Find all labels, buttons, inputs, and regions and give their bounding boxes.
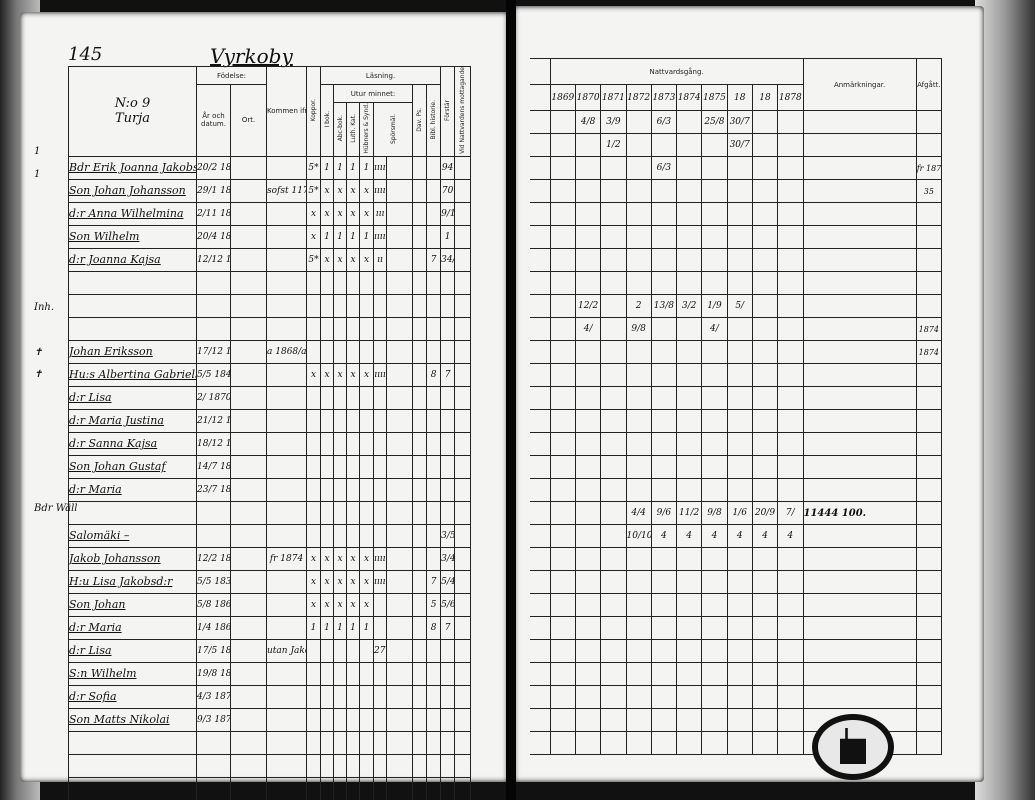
reading-mark	[471, 225, 505, 248]
reading-mark	[455, 271, 471, 294]
remarks-cell	[803, 364, 916, 387]
departure-cell	[916, 594, 941, 617]
birth-date: 5/5 1839	[197, 570, 231, 593]
communion-date	[677, 364, 702, 387]
reading-mark	[413, 455, 427, 478]
birth-date: 20/4 1861	[197, 225, 231, 248]
reading-mark	[321, 386, 334, 409]
reading-mark	[427, 202, 441, 225]
reading-mark	[334, 340, 347, 363]
communion-date	[626, 686, 651, 709]
parish-heading: Vyrkoby	[210, 44, 293, 68]
remarks-cell	[803, 663, 916, 686]
reading-mark	[347, 386, 360, 409]
communion-date	[677, 617, 702, 640]
communion-date	[677, 341, 702, 364]
margin-note: Bdr Wäll	[34, 503, 77, 514]
arrived-from-header: Kommen ifrån	[267, 67, 307, 157]
communion-row	[530, 226, 942, 249]
reading-mark	[387, 570, 413, 593]
reading-mark	[455, 777, 471, 800]
reading-mark	[441, 685, 455, 708]
communion-date	[778, 157, 803, 180]
communion-date	[702, 479, 727, 502]
communion-header: Nattvardsgång.	[550, 59, 803, 85]
communion-date	[677, 410, 702, 433]
reading-mark	[360, 685, 374, 708]
understanding-header: Förstår	[441, 67, 455, 157]
reading-mark	[387, 179, 413, 202]
communion-date	[651, 410, 676, 433]
reading-mark: 1	[334, 156, 347, 179]
communion-date	[778, 295, 803, 318]
spacer-cell	[530, 249, 550, 272]
communion-date	[550, 640, 575, 663]
communion-date	[752, 663, 777, 686]
reading-mark	[374, 662, 387, 685]
communion-date	[651, 617, 676, 640]
reading-mark	[334, 662, 347, 685]
reading-mark	[321, 432, 334, 455]
communion-date	[575, 640, 600, 663]
reading-mark	[334, 685, 347, 708]
communion-date	[702, 594, 727, 617]
spacer-cell	[530, 180, 550, 203]
communion-date	[626, 180, 651, 203]
communion-date	[651, 732, 676, 755]
remarks-cell	[803, 111, 916, 134]
communion-date: 4	[778, 525, 803, 548]
reading-mark	[387, 409, 413, 432]
communion-date	[575, 594, 600, 617]
reading-mark: 1	[334, 616, 347, 639]
reading-mark: x	[347, 593, 360, 616]
communion-date	[550, 732, 575, 755]
reading-mark	[413, 156, 427, 179]
arrived-from	[267, 478, 307, 501]
communion-row: 12/2213/83/21/95/	[530, 295, 942, 318]
remarks-cell	[803, 226, 916, 249]
reading-mark	[441, 708, 455, 731]
reading-mark	[413, 593, 427, 616]
communion-date	[752, 732, 777, 755]
reading-mark	[307, 685, 321, 708]
reading-mark	[413, 317, 427, 340]
communion-date	[778, 226, 803, 249]
remarks-cell	[803, 295, 916, 318]
reading-mark	[413, 708, 427, 731]
communion-date: 6/3	[651, 157, 676, 180]
year-header: 1878	[778, 85, 803, 111]
communion-date	[601, 341, 626, 364]
communion-date	[626, 548, 651, 571]
remarks-cell	[803, 134, 916, 157]
remarks-cell	[803, 410, 916, 433]
departure-cell	[916, 663, 941, 686]
reading-mark	[387, 386, 413, 409]
reading-mark	[413, 547, 427, 570]
register-row: Son Matts Nikolai9/3 1878	[69, 708, 505, 731]
communion-date	[550, 180, 575, 203]
reading-mark	[441, 777, 455, 800]
reading-mark: 5*	[307, 156, 321, 179]
spacer-cell	[530, 594, 550, 617]
reading-mark	[441, 478, 455, 501]
birth-date	[197, 524, 231, 547]
reading-mark: x	[347, 248, 360, 271]
reading-mark	[387, 294, 413, 317]
communion-date	[752, 410, 777, 433]
person-name: d:r Joanna Kajsa	[69, 248, 197, 271]
reading-mark	[374, 294, 387, 317]
departure-header: Afgått.	[916, 59, 941, 111]
communion-date	[702, 341, 727, 364]
remarks-cell	[803, 525, 916, 548]
departure-cell	[916, 226, 941, 249]
communion-date	[550, 387, 575, 410]
reading-mark	[455, 754, 471, 777]
page-number: 145	[68, 44, 102, 65]
reading-mark	[427, 478, 441, 501]
reading-mark	[360, 432, 374, 455]
communion-date	[575, 479, 600, 502]
birth-place	[231, 156, 267, 179]
communion-date	[727, 364, 752, 387]
birth-date	[197, 317, 231, 340]
reading-mark	[374, 777, 387, 800]
communion-date	[752, 249, 777, 272]
communion-date	[601, 479, 626, 502]
reading-mark	[413, 478, 427, 501]
arrived-from	[267, 317, 307, 340]
communion-date	[550, 111, 575, 134]
communion-date	[626, 226, 651, 249]
communion-date	[626, 157, 651, 180]
communion-date	[752, 111, 777, 134]
communion-date	[727, 180, 752, 203]
reading-mark	[387, 432, 413, 455]
reading-mark	[471, 156, 505, 179]
reading-mark	[360, 294, 374, 317]
communion-date: 9/6	[651, 502, 676, 525]
communion-date: 6/3	[651, 111, 676, 134]
reading-mark	[307, 432, 321, 455]
communion-date	[601, 157, 626, 180]
remarks-cell	[803, 180, 916, 203]
remarks-cell	[803, 479, 916, 502]
communion-date	[550, 479, 575, 502]
reading-mark	[471, 340, 505, 363]
communion-date	[778, 249, 803, 272]
reading-mark	[360, 501, 374, 524]
arrived-from	[267, 432, 307, 455]
reading-mark: x	[347, 363, 360, 386]
birth-place	[231, 547, 267, 570]
other-header: Dav. Ps.	[413, 85, 427, 157]
margin-note: 1	[34, 169, 40, 180]
departure-cell	[916, 709, 941, 732]
communion-date	[702, 709, 727, 732]
communion-date	[677, 318, 702, 341]
reading-mark	[374, 593, 387, 616]
communion-date	[677, 134, 702, 157]
communion-date	[778, 640, 803, 663]
reading-mark: x	[347, 547, 360, 570]
communion-date: 11/2	[677, 502, 702, 525]
birth-date	[197, 501, 231, 524]
communion-date: 13/8	[651, 295, 676, 318]
departure-cell: 1874	[916, 318, 941, 341]
reading-mark	[374, 478, 387, 501]
person-name: d:r Maria	[69, 616, 197, 639]
communion-date	[601, 548, 626, 571]
reading-mark	[471, 363, 505, 386]
reading-mark	[334, 294, 347, 317]
communion-date	[702, 203, 727, 226]
communion-date	[626, 203, 651, 226]
reading-mark: x	[307, 570, 321, 593]
communion-row	[530, 548, 942, 571]
communion-date	[778, 433, 803, 456]
register-row: Son Johan Gustaf14/7 1875	[69, 455, 505, 478]
register-table-right: Nattvardsgång. Anmärkningar. Afgått. 186…	[530, 58, 942, 755]
reading-mark: 70	[441, 179, 455, 202]
reading-mark	[374, 754, 387, 777]
reading-mark: ııııı	[374, 547, 387, 570]
reading-mark	[360, 639, 374, 662]
reading-mark	[347, 708, 360, 731]
reading-mark	[321, 685, 334, 708]
departure-cell	[916, 732, 941, 755]
birth-place	[231, 409, 267, 432]
person-name: Son Wilhelm	[69, 225, 197, 248]
arrived-from	[267, 386, 307, 409]
reading-mark: x	[321, 593, 334, 616]
reading-mark	[360, 754, 374, 777]
communion-date: 10/10	[626, 525, 651, 548]
reading-mark	[387, 478, 413, 501]
person-name	[69, 501, 197, 524]
year-header: 1870	[575, 85, 600, 111]
year-header: 18	[727, 85, 752, 111]
reading-mark: 5*	[307, 248, 321, 271]
remarks-cell	[803, 594, 916, 617]
register-row	[69, 271, 505, 294]
communion-date: 4	[752, 525, 777, 548]
communion-row: 4/49/611/29/81/620/97/11444 100.	[530, 502, 942, 525]
communion-date	[778, 594, 803, 617]
reading-mark: x	[334, 248, 347, 271]
reading-mark	[427, 777, 441, 800]
reading-mark	[455, 248, 471, 271]
communion-date	[601, 203, 626, 226]
communion-row	[530, 594, 942, 617]
reading-mark	[360, 777, 374, 800]
register-row	[69, 317, 505, 340]
communion-date	[778, 180, 803, 203]
place-header: Ort.	[231, 85, 267, 157]
communion-date	[778, 456, 803, 479]
communion-date	[601, 249, 626, 272]
communion-date	[752, 686, 777, 709]
communion-date	[778, 663, 803, 686]
departure-cell	[916, 272, 941, 295]
remarks-header: Anmärkningar.	[803, 59, 916, 111]
communion-date	[550, 433, 575, 456]
departure-cell	[916, 134, 941, 157]
communion-date	[575, 341, 600, 364]
communion-date	[677, 180, 702, 203]
communion-date	[651, 226, 676, 249]
communion-date	[727, 318, 752, 341]
arrived-from	[267, 271, 307, 294]
reading-mark	[347, 639, 360, 662]
communion-date	[778, 387, 803, 410]
reading-mark: 1	[307, 616, 321, 639]
reading-mark	[321, 731, 334, 754]
reading-mark	[321, 271, 334, 294]
communion-date	[702, 249, 727, 272]
communion-date	[626, 433, 651, 456]
reading-mark	[321, 409, 334, 432]
communion-date	[575, 686, 600, 709]
reading-mark	[413, 340, 427, 363]
communion-date	[752, 433, 777, 456]
communion-date	[575, 249, 600, 272]
reading-mark	[455, 731, 471, 754]
spacer-cell	[530, 640, 550, 663]
person-name	[69, 777, 197, 800]
communion-date	[651, 594, 676, 617]
reading-mark	[441, 662, 455, 685]
remarks-cell	[803, 686, 916, 709]
departure-cell	[916, 456, 941, 479]
reading-mark: 8	[427, 363, 441, 386]
reading-mark	[374, 616, 387, 639]
reading-mark	[347, 271, 360, 294]
reading-mark	[321, 708, 334, 731]
reading-mark	[471, 409, 505, 432]
communion-date	[575, 134, 600, 157]
register-row	[69, 754, 505, 777]
birth-date: 18/12 1873	[197, 432, 231, 455]
communion-date	[626, 640, 651, 663]
communion-row: 1/230/7	[530, 134, 942, 157]
register-row: d:r Sofia4/3 1876	[69, 685, 505, 708]
communion-date	[601, 410, 626, 433]
communion-date	[702, 456, 727, 479]
communion-date	[550, 502, 575, 525]
reading-mark	[347, 754, 360, 777]
reading-mark: x	[360, 570, 374, 593]
communion-date	[727, 203, 752, 226]
reading-mark	[441, 271, 455, 294]
register-row: d:r Maria Justina21/12 1871	[69, 409, 505, 432]
communion-row	[530, 456, 942, 479]
reading-mark: 8	[427, 616, 441, 639]
communion-row	[530, 410, 942, 433]
communion-row: 1874	[530, 341, 942, 364]
reading-mark	[471, 616, 505, 639]
communion-row: 35	[530, 180, 942, 203]
reading-mark	[334, 524, 347, 547]
reading-mark	[471, 570, 505, 593]
communion-date	[727, 479, 752, 502]
reading-mark	[413, 639, 427, 662]
communion-date	[575, 157, 600, 180]
communion-date: 4	[651, 525, 676, 548]
reading-mark	[387, 547, 413, 570]
communion-date	[651, 272, 676, 295]
communion-date	[727, 272, 752, 295]
reading-mark	[455, 294, 471, 317]
communion-date: 2	[626, 295, 651, 318]
reading-mark	[374, 685, 387, 708]
reading-mark	[360, 708, 374, 731]
communion-date	[550, 548, 575, 571]
arrived-from	[267, 754, 307, 777]
birth-place	[231, 708, 267, 731]
communion-date	[702, 548, 727, 571]
birth-date: 21/12 1871	[197, 409, 231, 432]
birth-date	[197, 271, 231, 294]
communion-date	[778, 134, 803, 157]
communion-date	[727, 663, 752, 686]
reading-mark	[347, 685, 360, 708]
spacer-cell	[530, 686, 550, 709]
departure-cell	[916, 203, 941, 226]
communion-date	[677, 249, 702, 272]
reading-mark	[455, 179, 471, 202]
reading-mark	[471, 478, 505, 501]
spacer-cell	[530, 364, 550, 387]
reading-mark	[360, 731, 374, 754]
communion-date	[550, 686, 575, 709]
communion-date	[778, 686, 803, 709]
communion-date	[677, 732, 702, 755]
reading-mark: 1	[347, 616, 360, 639]
communion-date	[752, 364, 777, 387]
abc-header: Abc-bok.	[334, 103, 347, 157]
reading-mark	[413, 386, 427, 409]
spacer-cell	[530, 134, 550, 157]
birth-header: Födelse:	[197, 67, 267, 85]
communion-date	[677, 594, 702, 617]
departure-cell	[916, 249, 941, 272]
communion-date	[727, 709, 752, 732]
departure-cell	[916, 364, 941, 387]
reading-mark	[427, 432, 441, 455]
reading-mark	[360, 271, 374, 294]
arrived-from	[267, 616, 307, 639]
household-label: N:o 9	[69, 96, 196, 111]
communion-date	[575, 180, 600, 203]
person-name	[69, 271, 197, 294]
reading-mark: x	[347, 179, 360, 202]
reading-mark	[427, 547, 441, 570]
communion-row: 6/3fr 1879	[530, 157, 942, 180]
spacer-cell	[530, 318, 550, 341]
arrived-from	[267, 777, 307, 800]
communion-date	[550, 709, 575, 732]
reading-mark	[387, 731, 413, 754]
birth-place	[231, 340, 267, 363]
reading-mark	[455, 708, 471, 731]
arrived-from	[267, 662, 307, 685]
reading-mark	[387, 156, 413, 179]
communion-date	[752, 640, 777, 663]
communion-date	[702, 180, 727, 203]
